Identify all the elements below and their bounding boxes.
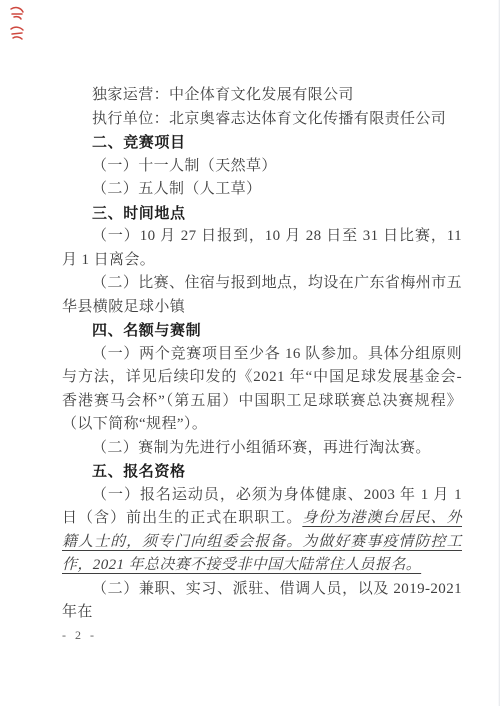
paragraph: （二）比赛、住宿与报到地点，均设在广东省梅州市五华县横陂足球小镇 xyxy=(62,272,462,319)
paragraph: （一）10 月 27 日报到，10 月 28 日至 31 日比赛，11 月 1 … xyxy=(62,225,462,272)
paragraph: （二）五人制（人工草） xyxy=(62,178,462,202)
section-heading: 三、时间地点 xyxy=(62,202,462,226)
paragraph: （一）报名运动员，必须为身体健康、2003 年 1 月 1 日（含）前出生的正式… xyxy=(62,484,462,578)
paragraph: （一）十一人制（天然草） xyxy=(62,155,462,179)
section-heading: 二、竞赛项目 xyxy=(62,131,462,155)
text-segment: （一）十一人制（天然草） xyxy=(92,158,277,174)
paragraph: （二）赛制为先进行小组循环赛，再进行淘汰赛。 xyxy=(62,437,462,461)
text-segment: （二）兼职、实习、派驻、借调人员，以及 2019-2021 年在 xyxy=(62,581,462,621)
text-segment: （一）两个竞赛项目至少各 16 队参加。具体分组原则与方法，详见后续印发的《20… xyxy=(62,346,462,433)
document-page: 独家运营：中企体育文化发展有限公司执行单位：北京奥睿志达体育文化传播有限责任公司… xyxy=(0,0,500,706)
document-body: 独家运营：中企体育文化发展有限公司执行单位：北京奥睿志达体育文化传播有限责任公司… xyxy=(62,84,462,625)
section-heading: 五、报名资格 xyxy=(62,460,462,484)
text-segment: （二）五人制（人工草） xyxy=(92,181,261,197)
paragraph: （二）兼职、实习、派驻、借调人员，以及 2019-2021 年在 xyxy=(62,578,462,625)
page-number: - 2 - xyxy=(62,628,97,643)
text-segment: （二）赛制为先进行小组循环赛，再进行淘汰赛。 xyxy=(92,440,431,456)
paragraph: 独家运营：中企体育文化发展有限公司 xyxy=(62,84,462,108)
red-pen-marks-icon xyxy=(8,5,30,43)
section-heading: 四、名额与赛制 xyxy=(62,319,462,343)
paragraph: 执行单位：北京奥睿志达体育文化传播有限责任公司 xyxy=(62,108,462,132)
text-segment: 独家运营：中企体育文化发展有限公司 xyxy=(92,87,354,103)
text-segment: 五、报名资格 xyxy=(92,463,186,480)
paragraph: （一）两个竞赛项目至少各 16 队参加。具体分组原则与方法，详见后续印发的《20… xyxy=(62,343,462,437)
text-segment: 二、竞赛项目 xyxy=(92,134,186,151)
text-segment: （二）比赛、住宿与报到地点，均设在广东省梅州市五华县横陂足球小镇 xyxy=(62,275,462,315)
text-segment: （一）10 月 27 日报到，10 月 28 日至 31 日比赛，11 月 1 … xyxy=(62,228,462,268)
text-segment: 执行单位：北京奥睿志达体育文化传播有限责任公司 xyxy=(92,111,446,127)
text-segment: 四、名额与赛制 xyxy=(92,322,201,339)
text-segment: 三、时间地点 xyxy=(92,205,186,222)
